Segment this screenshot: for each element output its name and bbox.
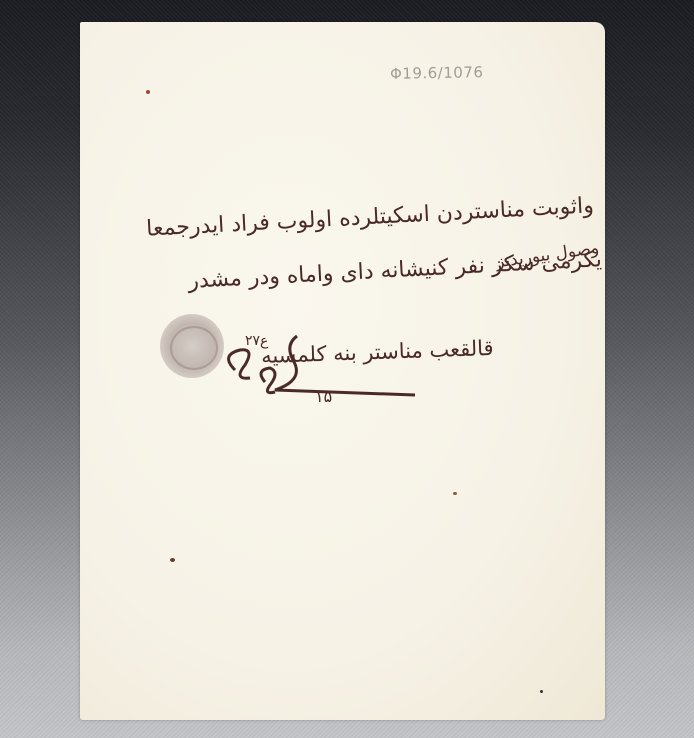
signature-flourish: ۱۵ ع۲۷ xyxy=(215,320,425,410)
archive-reference-label: Φ19.6/1076 xyxy=(390,63,484,83)
date-number: ۱۵ xyxy=(315,387,332,406)
ink-spot xyxy=(146,90,150,94)
ink-spot xyxy=(453,492,457,495)
seal-ring xyxy=(170,326,218,370)
ink-spot xyxy=(540,690,543,693)
date-mark: ع۲۷ xyxy=(245,333,269,349)
ink-spot xyxy=(170,558,175,562)
